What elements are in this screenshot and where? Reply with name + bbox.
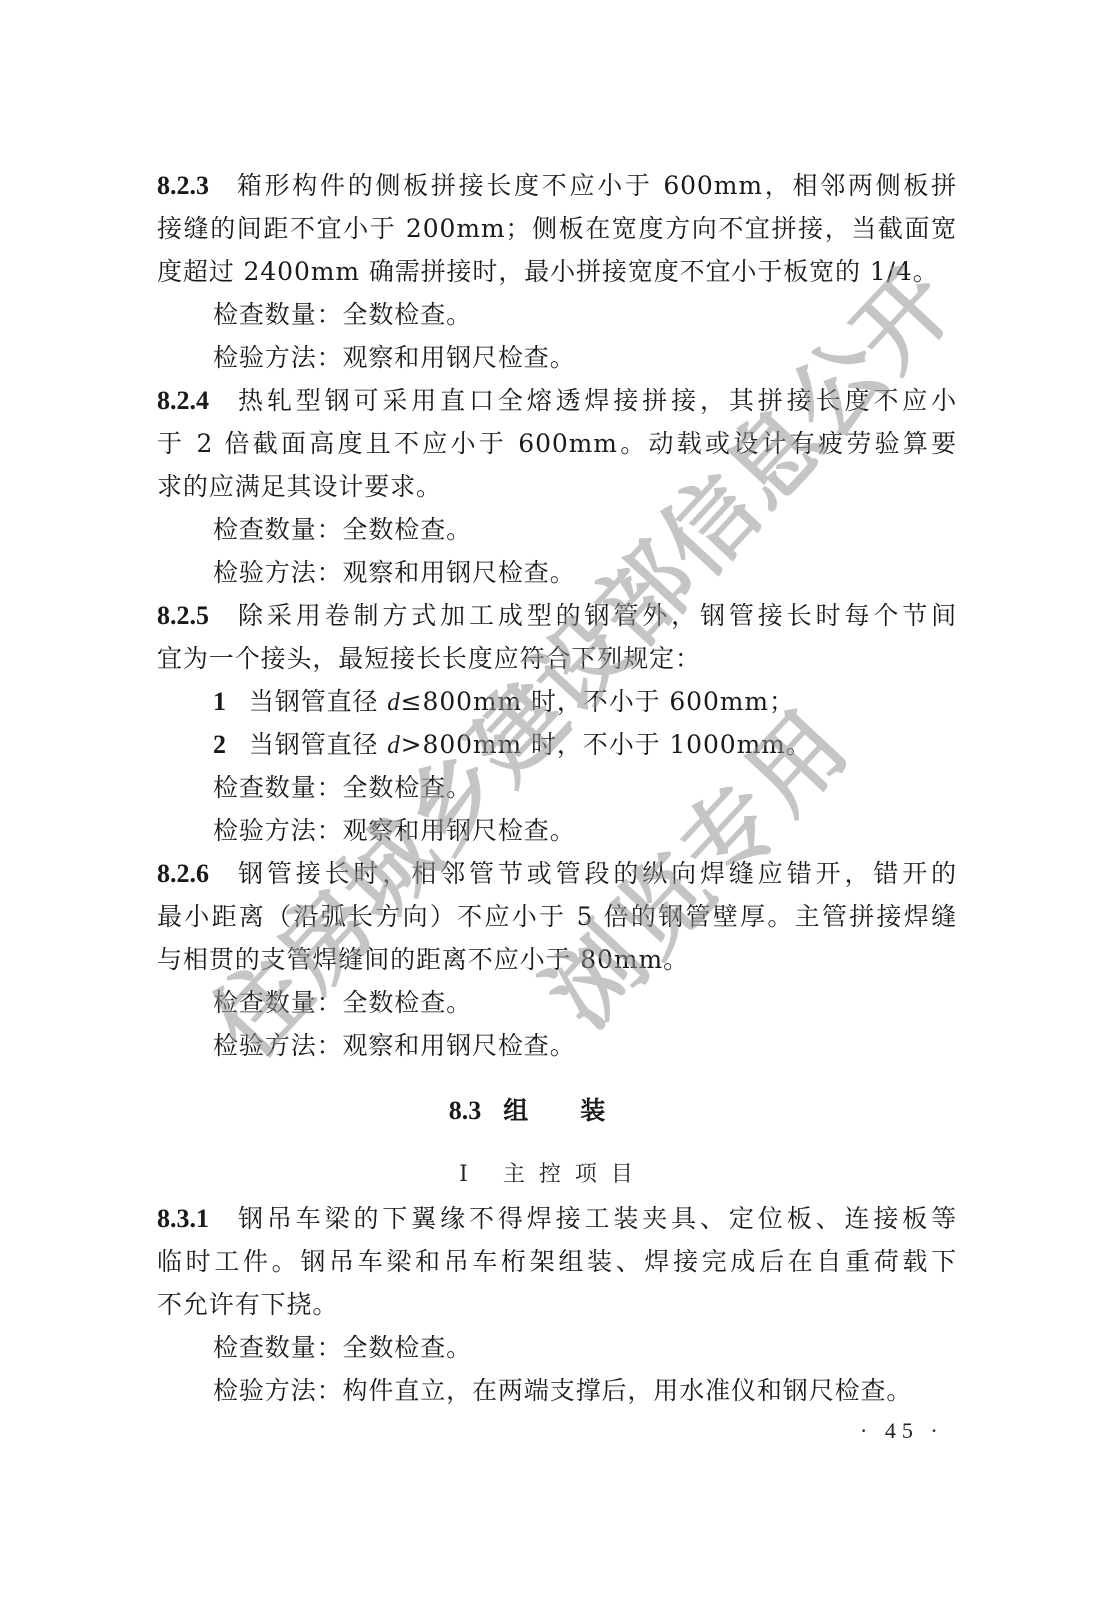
section-heading-8-3: 8.3组装 xyxy=(0,1089,1106,1132)
subsection-heading-main-control: Ⅰ 主控项目 xyxy=(0,1155,1106,1195)
clause-number: 8.2.5 xyxy=(157,601,209,630)
check-quantity: 检查数量：全数检查。 xyxy=(213,766,957,809)
check-quantity: 检查数量：全数检查。 xyxy=(213,981,957,1024)
check-quantity: 检查数量：全数检查。 xyxy=(213,508,957,551)
clause-8-2-6-line-1: 8.2.6钢管接长时，相邻管节或管段的纵向焊缝应错开，错开的 xyxy=(157,852,957,895)
clause-8-2-3-line-1: 8.2.3箱形构件的侧板拼接长度不应小于 600mm，相邻两侧板拼 xyxy=(157,164,957,207)
clause-8-2-4-line-1: 8.2.4热轧型钢可采用直口全熔透焊接拼接，其拼接长度不应小 xyxy=(157,379,957,422)
clause-8-2-4-line-2: 于 2 倍截面高度且不应小于 600mm。动载或设计有疲劳验算要 xyxy=(157,422,957,465)
list-item-1: 1当钢管直径 d≤800mm 时，不小于 600mm； xyxy=(213,680,957,723)
list-item-2: 2当钢管直径 d>800mm 时，不小于 1000mm。 xyxy=(213,723,957,766)
clause-8-2-6-line-2: 最小距离（沿弧长方向）不应小于 5 倍的钢管壁厚。主管拼接焊缝 xyxy=(157,895,957,938)
clause-number: 8.2.6 xyxy=(157,859,209,888)
clause-8-2-4-line-3: 求的应满足其设计要求。 xyxy=(157,465,957,508)
clause-number: 8.2.4 xyxy=(157,386,209,415)
check-method: 检验方法：构件直立，在两端支撑后，用水准仪和钢尺检查。 xyxy=(213,1369,957,1412)
clause-8-2-5-line-1: 8.2.5除采用卷制方式加工成型的钢管外，钢管接长时每个节间 xyxy=(157,594,957,637)
check-method: 检验方法：观察和用钢尺检查。 xyxy=(213,336,957,379)
clause-8-2-6-line-3: 与相贯的支管焊缝间的距离不应小于 80mm。 xyxy=(157,938,957,981)
check-method: 检验方法：观察和用钢尺检查。 xyxy=(213,1024,957,1067)
check-method: 检验方法：观察和用钢尺检查。 xyxy=(213,551,957,594)
document-page: 8.2.3箱形构件的侧板拼接长度不应小于 600mm，相邻两侧板拼 接缝的间距不… xyxy=(0,0,1106,1598)
check-quantity: 检查数量：全数检查。 xyxy=(213,293,957,336)
clause-8-2-3-line-2: 接缝的间距不宜小于 200mm；侧板在宽度方向不宜拼接，当截面宽 xyxy=(157,207,957,250)
clause-number: 8.2.3 xyxy=(157,171,209,200)
clause-8-2-5-line-2: 宜为一个接头，最短接长长度应符合下列规定： xyxy=(157,637,957,680)
clause-8-2-3-line-3: 度超过 2400mm 确需拼接时，最小拼接宽度不宜小于板宽的 1/4。 xyxy=(157,250,957,293)
check-quantity: 检查数量：全数检查。 xyxy=(213,1326,957,1369)
clause-8-3-1-line-2: 临时工件。钢吊车梁和吊车桁架组装、焊接完成后在自重荷载下 xyxy=(157,1240,957,1283)
clause-8-3-1-line-3: 不允许有下挠。 xyxy=(157,1283,957,1326)
check-method: 检验方法：观察和用钢尺检查。 xyxy=(213,809,957,852)
page-number: · 45 · xyxy=(860,1418,944,1444)
clause-8-3-1-line-1: 8.3.1钢吊车梁的下翼缘不得焊接工装夹具、定位板、连接板等 xyxy=(157,1197,957,1240)
clause-number: 8.3.1 xyxy=(157,1204,209,1233)
